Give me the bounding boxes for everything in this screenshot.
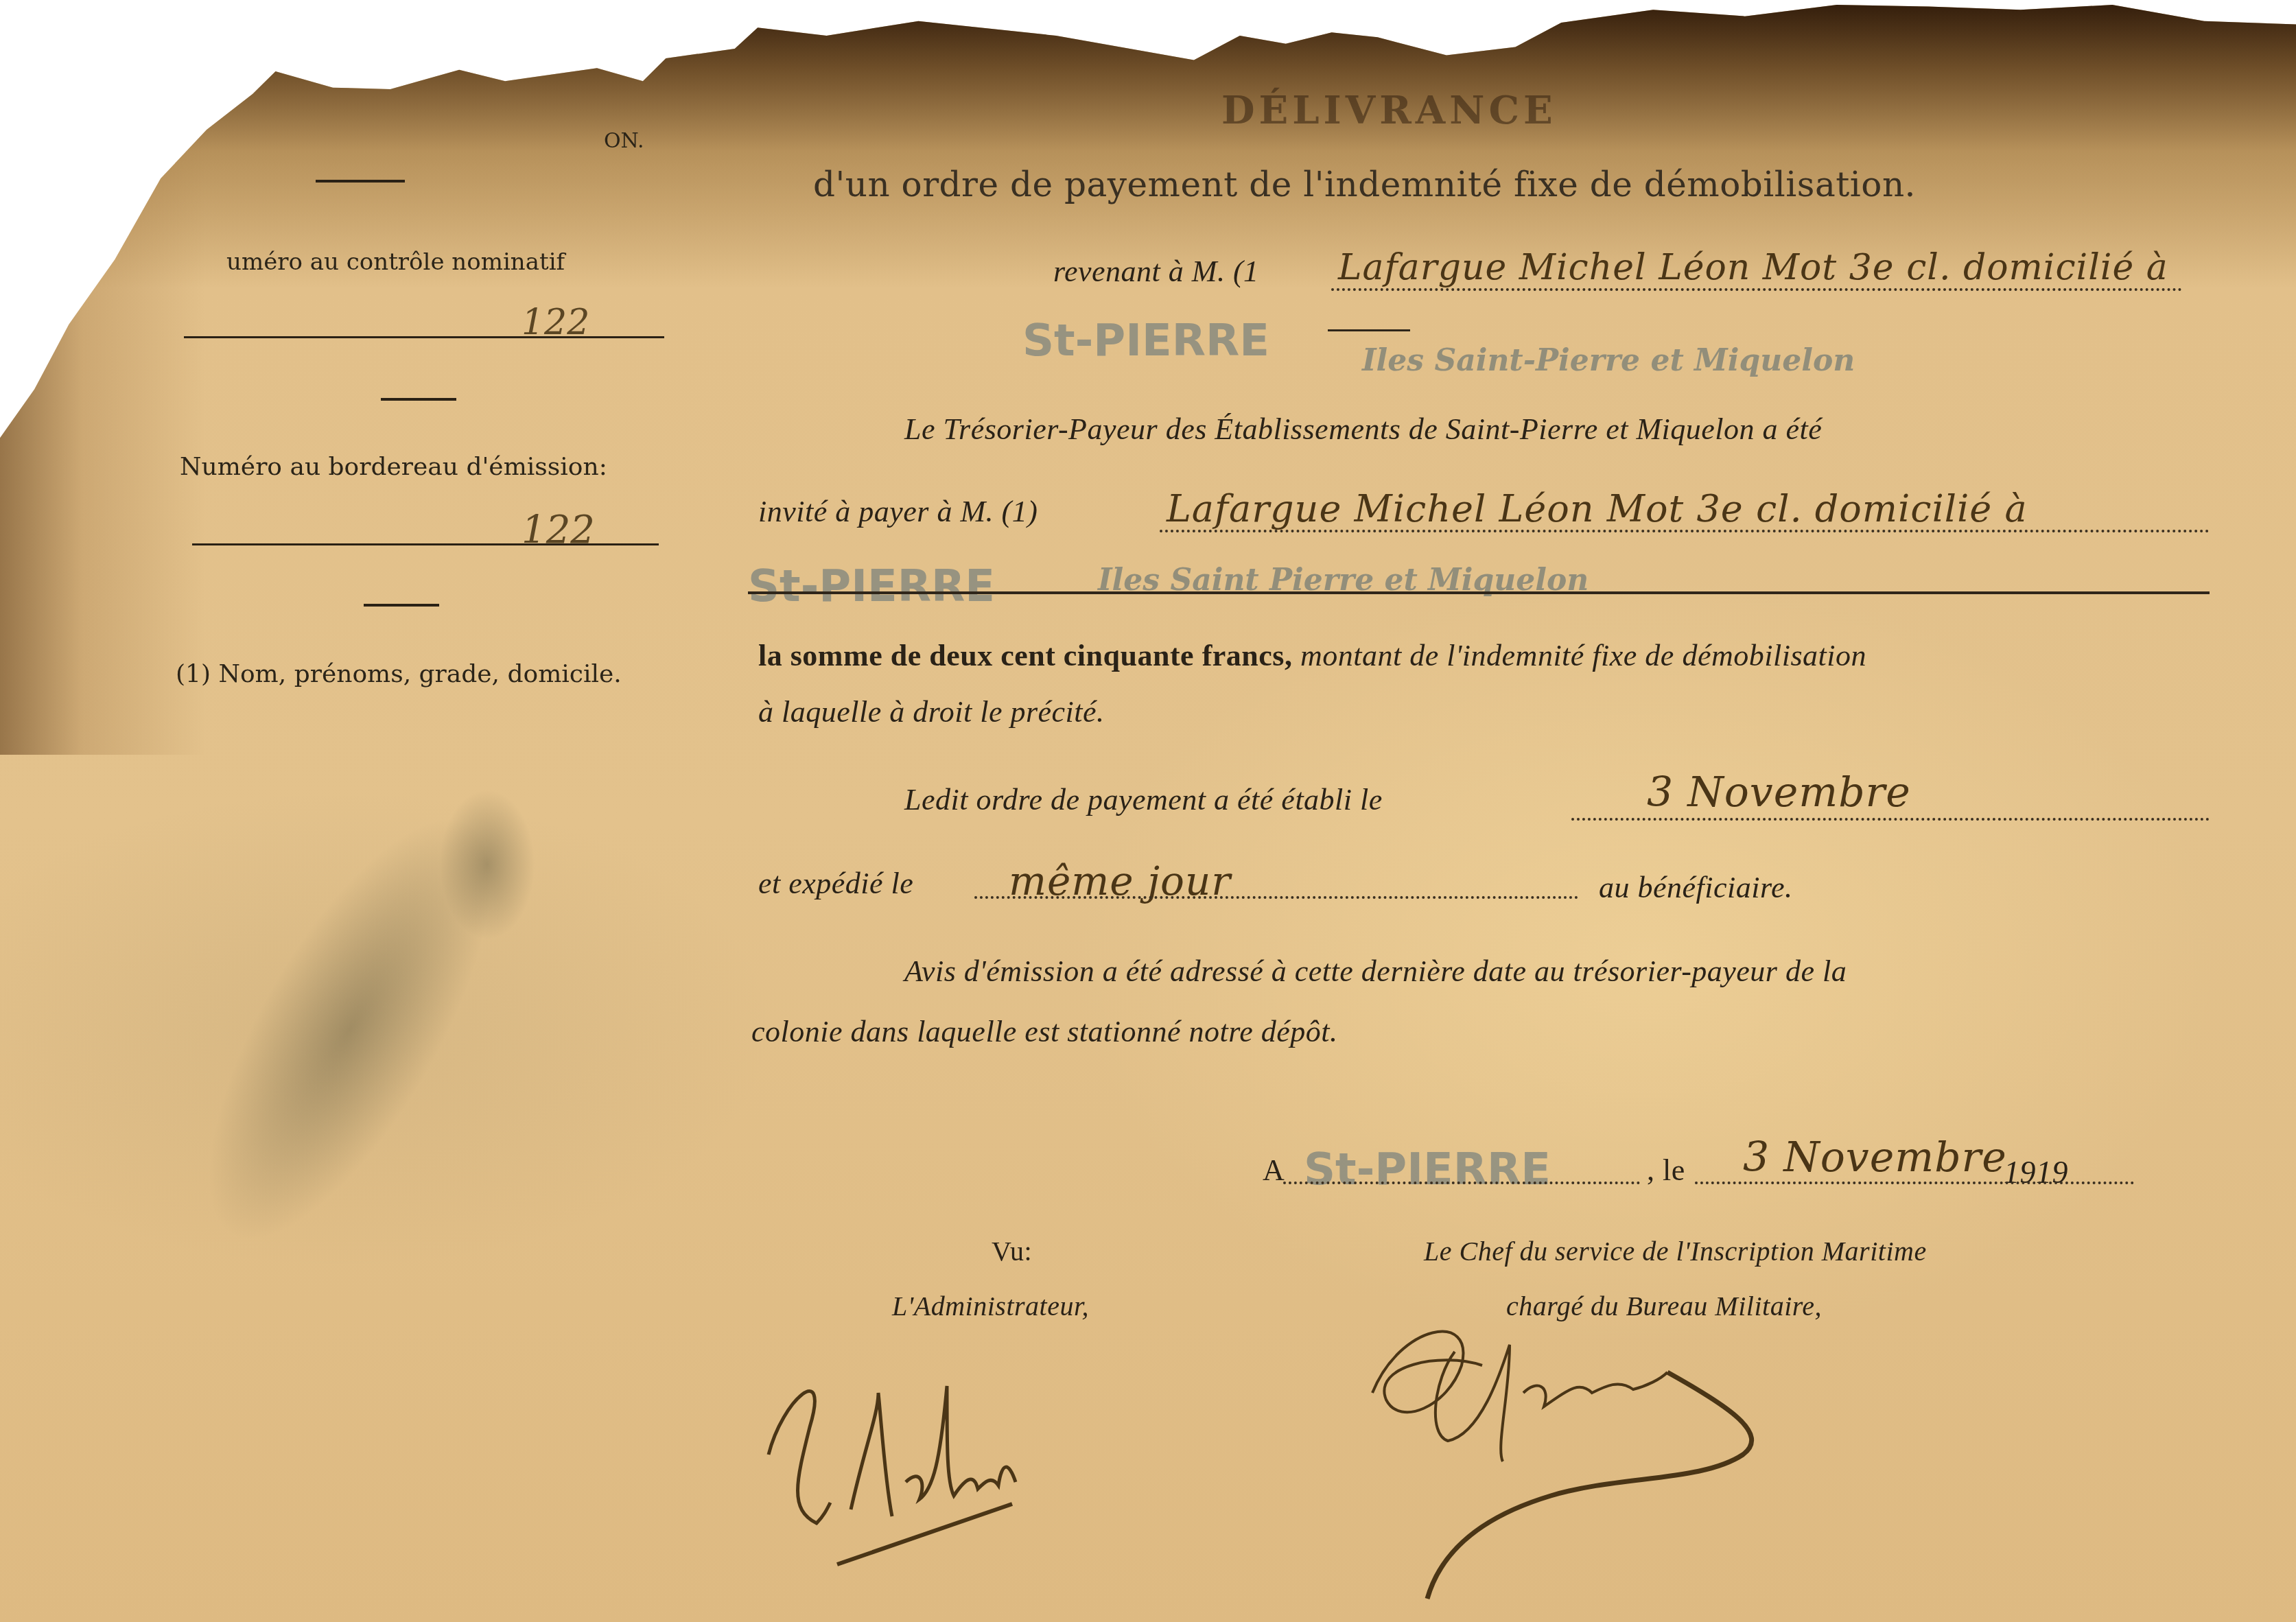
divider	[316, 180, 405, 183]
revenant-prefix: revenant à M. (1	[1053, 254, 1259, 289]
dateline-a: A	[1263, 1153, 1285, 1188]
sum-line1: la somme de deux cent cinquante francs, …	[758, 638, 1866, 673]
expedie-dotted-line	[974, 896, 1578, 899]
stain	[439, 789, 535, 940]
tresorier-line1: Le Trésorier-Payeur des Établissements d…	[904, 412, 1822, 447]
revenant-stamp-region: Iles Saint-Pierre et Miquelon	[1362, 343, 1855, 378]
etabli-dotted-line	[1571, 818, 2210, 821]
divider	[381, 398, 456, 401]
administrateur-label: L'Administrateur,	[892, 1290, 1089, 1322]
invite-dotted-line	[1160, 530, 2210, 532]
invite-underline	[748, 591, 2210, 594]
divider	[364, 604, 439, 607]
chef-line2: chargé du Bureau Militaire,	[1506, 1290, 1822, 1322]
signature-left	[741, 1345, 1290, 1592]
invite-prefix: invité à payer à M. (1)	[758, 494, 1038, 529]
revenant-stamp-city: St-PIERRE	[1022, 316, 1269, 366]
sum-description: montant de l'indemnité fixe de démobilis…	[1300, 639, 1866, 672]
dateline-le: , le	[1647, 1153, 1685, 1188]
etabli-date-handwritten: 3 Novembre	[1647, 768, 1911, 816]
dateline-city-stamp: St-PIERRE	[1304, 1144, 1551, 1195]
revenant-underline	[1328, 329, 1410, 331]
signature-right	[1345, 1324, 2100, 1619]
invite-stamp-city: St-PIERRE	[748, 561, 995, 612]
header-subtitle: d'un ordre de payement de l'indemnité fi…	[813, 165, 1916, 204]
dateline-date-dotted	[1695, 1182, 2134, 1184]
signature-left-icon	[741, 1345, 1290, 1592]
dateline-year: 1919	[2004, 1154, 2068, 1190]
revenant-dotted-line	[1331, 288, 2182, 291]
vu-label: Vu:	[992, 1235, 1032, 1267]
dateline-city-dotted	[1283, 1182, 1640, 1184]
bordereau-rule	[192, 543, 659, 545]
controle-label: uméro au contrôle nominatif	[226, 248, 565, 276]
burned-edge-left	[0, 0, 288, 755]
header-title-fragment: DÉLIVRANCE	[1221, 88, 1557, 133]
bordereau-label: Numéro au bordereau d'émission:	[180, 453, 607, 481]
expedie-suffix: au bénéficiaire.	[1599, 870, 1793, 905]
avis-line1: Avis d'émission a été adressé à cette de…	[904, 954, 1847, 989]
footnote: (1) Nom, prénoms, grade, domicile.	[176, 660, 622, 688]
dateline-date-handwritten: 3 Novembre	[1743, 1133, 2007, 1182]
etabli-prefix: Ledit ordre de payement a été établi le	[904, 782, 1383, 817]
sum-line2: à laquelle à droit le précité.	[758, 694, 1105, 729]
sum-amount: la somme de deux cent cinquante francs,	[758, 639, 1292, 672]
avis-line2: colonie dans laquelle est stationné notr…	[751, 1014, 1338, 1049]
header-left-fragment: ON.	[604, 129, 644, 153]
stain	[152, 777, 547, 1282]
expedie-prefix: et expédié le	[758, 866, 913, 901]
signature-right-icon	[1345, 1324, 2100, 1619]
bordereau-value: 122	[522, 508, 595, 552]
chef-line1: Le Chef du service de l'Inscription Mari…	[1424, 1235, 1927, 1267]
revenant-name-handwritten: Lafargue Michel Léon Mot 3e cl. domicili…	[1338, 247, 2168, 288]
invite-name-handwritten: Lafargue Michel Léon Mot 3e cl. domicili…	[1167, 487, 2028, 530]
controle-rule	[184, 336, 664, 338]
